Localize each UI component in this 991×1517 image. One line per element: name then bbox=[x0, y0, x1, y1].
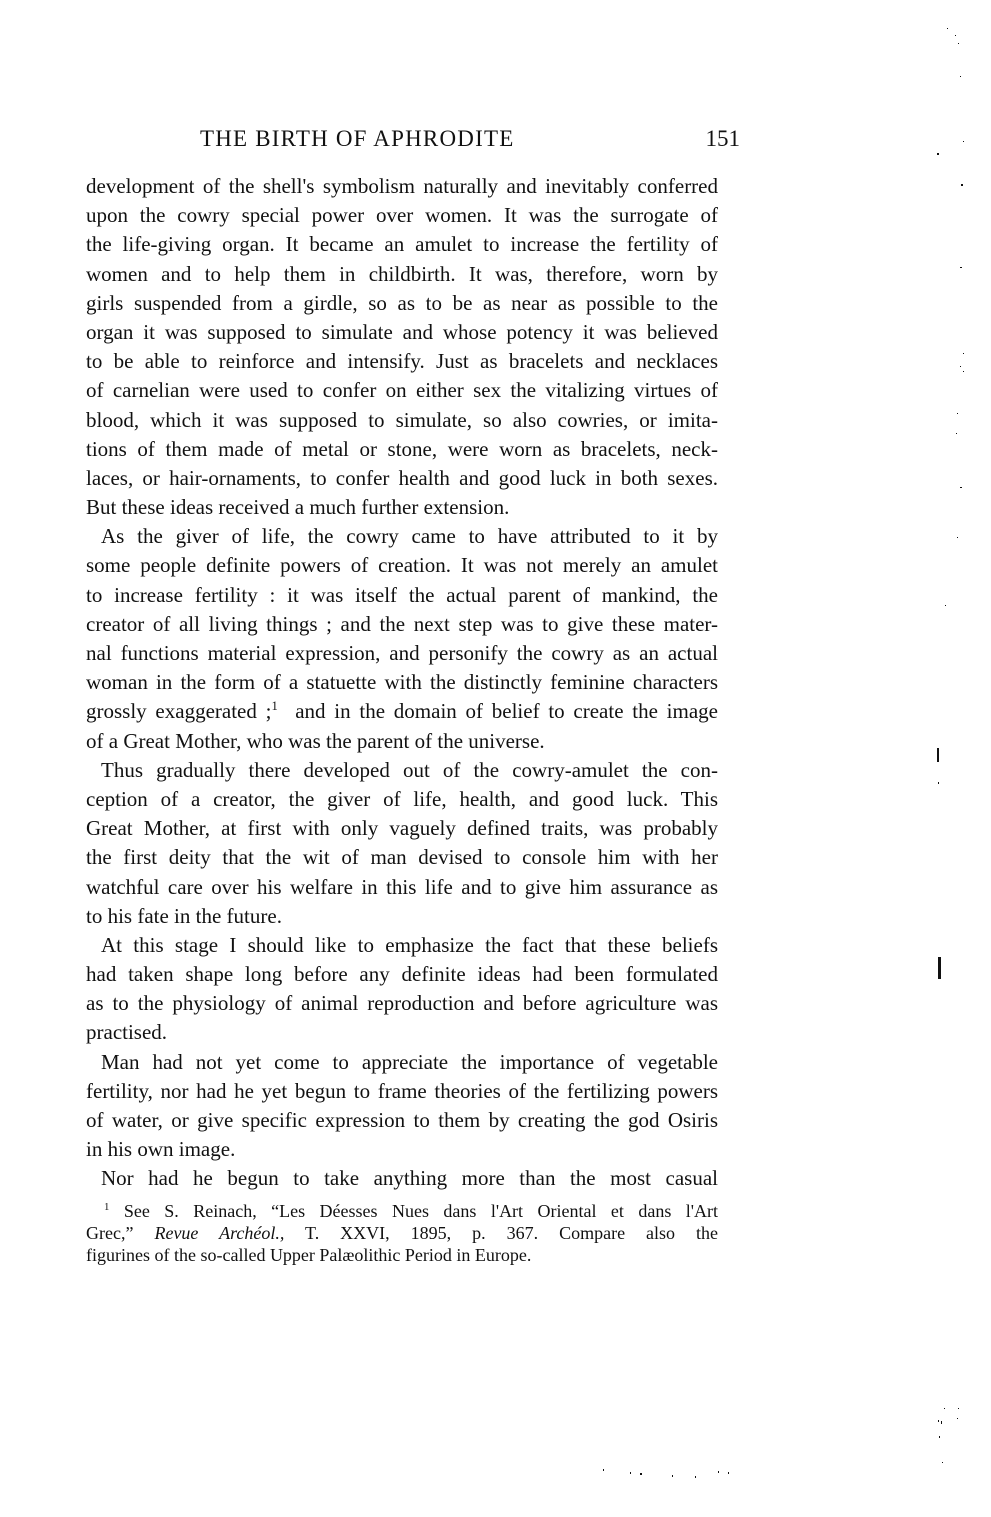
text-line: But these ideas received a much further … bbox=[86, 493, 718, 522]
text-line: blood, which it was supposed to simulate… bbox=[86, 406, 718, 435]
text-line: watchful care over his welfare in this l… bbox=[86, 873, 718, 902]
paragraph-start-line: At this stage I should like to emphasize… bbox=[86, 931, 718, 960]
scan-speck bbox=[944, 1408, 945, 1409]
scan-speck bbox=[960, 267, 962, 268]
scan-speck bbox=[937, 153, 939, 155]
text-line: some people definite powers of creation.… bbox=[86, 551, 718, 580]
running-title: THE BIRTH OF APHRODITE bbox=[200, 126, 514, 152]
scan-speck bbox=[672, 1475, 673, 1477]
scan-speck bbox=[957, 413, 958, 414]
text-line-with-footnote-ref: grossly exaggerated ;1 and in the domain… bbox=[86, 697, 718, 726]
text-line: in his own image. bbox=[86, 1135, 718, 1164]
text-line: organ it was supposed to simulate and wh… bbox=[86, 318, 718, 347]
text-line: women and to help them in childbirth. It… bbox=[86, 260, 718, 289]
scan-speck bbox=[960, 487, 962, 488]
text-line: to be able to reinforce and intensify. J… bbox=[86, 347, 718, 376]
footnote-text: T. XXVI, 1895, p. 367. Compare also the bbox=[305, 1223, 718, 1243]
footnote-text: Grec,” bbox=[86, 1223, 133, 1243]
scan-speck bbox=[957, 537, 958, 538]
text-line: of water, or give specific expression to… bbox=[86, 1106, 718, 1135]
scan-speck bbox=[956, 433, 957, 434]
text-line: upon the cowry special power over women.… bbox=[86, 201, 718, 230]
footnote-line: figurines of the so-called Upper Palæoli… bbox=[86, 1244, 718, 1266]
paragraph-start-line: Nor had he begun to take anything more t… bbox=[86, 1164, 718, 1193]
margin-mark bbox=[937, 748, 939, 762]
paragraph-start-line: Man had not yet come to appreciate the i… bbox=[86, 1048, 718, 1077]
scan-speck bbox=[957, 1418, 958, 1419]
scan-speck bbox=[718, 1471, 719, 1473]
scan-speck bbox=[695, 1476, 696, 1478]
journal-title: Revue Archéol., bbox=[154, 1223, 284, 1243]
line-text: grossly exaggerated ; bbox=[86, 699, 271, 723]
text-line: girls suspended from a girdle, so as to … bbox=[86, 289, 718, 318]
scan-speck bbox=[960, 366, 961, 367]
footnote: 1 See S. Reinach, “Les Déesses Nues dans… bbox=[86, 1200, 718, 1266]
paragraph-start-line: As the giver of life, the cowry came to … bbox=[86, 522, 718, 551]
scan-speck bbox=[958, 1408, 959, 1409]
scan-speck bbox=[938, 1420, 939, 1422]
scan-speck bbox=[960, 76, 961, 77]
scan-speck bbox=[942, 1462, 943, 1463]
scan-speck bbox=[630, 1472, 631, 1474]
text-line: woman in the form of a statuette with th… bbox=[86, 668, 718, 697]
text-line: nal functions material expression, and p… bbox=[86, 639, 718, 668]
page-number: 151 bbox=[706, 126, 741, 152]
text-line: to his fate in the future. bbox=[86, 902, 718, 931]
scan-speck bbox=[963, 371, 964, 372]
footnote-text: See S. Reinach, “Les Déesses Nues dans l… bbox=[124, 1201, 718, 1221]
text-line: fertility, nor had he yet begun to frame… bbox=[86, 1077, 718, 1106]
footnote-line: 1 See S. Reinach, “Les Déesses Nues dans… bbox=[86, 1200, 718, 1222]
margin-mark bbox=[938, 782, 939, 784]
scan-speck bbox=[958, 43, 959, 44]
text-line: tions of them made of metal or stone, we… bbox=[86, 435, 718, 464]
scan-speck bbox=[728, 1472, 729, 1474]
footnote-marker: 1 bbox=[104, 1201, 109, 1213]
book-page: THE BIRTH OF APHRODITE 151 development o… bbox=[0, 0, 991, 1517]
text-line: Great Mother, at first with only vaguely… bbox=[86, 814, 718, 843]
footnote-reference: 1 bbox=[271, 699, 277, 713]
scan-speck bbox=[955, 35, 956, 36]
margin-mark bbox=[938, 957, 941, 979]
body-text: development of the shell's symbolism nat… bbox=[86, 172, 718, 1194]
text-line: as to the physiology of animal reproduct… bbox=[86, 989, 718, 1018]
text-line: of carnelian were used to confer on eith… bbox=[86, 376, 718, 405]
text-line: ception of a creator, the giver of life,… bbox=[86, 785, 718, 814]
text-line: of a Great Mother, who was the parent of… bbox=[86, 727, 718, 756]
text-line: creator of all living things ; and the n… bbox=[86, 610, 718, 639]
text-line: to increase fertility : it was itself th… bbox=[86, 581, 718, 610]
scan-speck bbox=[945, 605, 946, 606]
scan-speck bbox=[947, 28, 948, 29]
scan-speck bbox=[640, 1473, 642, 1475]
scan-speck bbox=[963, 141, 964, 142]
line-continuation: and in the domain of belief to create th… bbox=[295, 699, 718, 723]
scan-speck bbox=[961, 184, 963, 186]
text-line: development of the shell's symbolism nat… bbox=[86, 172, 718, 201]
text-line: had taken shape long before any definite… bbox=[86, 960, 718, 989]
running-head: THE BIRTH OF APHRODITE 151 bbox=[200, 126, 740, 160]
text-line: the life-giving organ. It became an amul… bbox=[86, 230, 718, 259]
scan-speck bbox=[941, 1421, 942, 1424]
scan-speck bbox=[603, 1469, 604, 1471]
text-line: the first deity that the wit of man devi… bbox=[86, 843, 718, 872]
text-line: laces, or hair-ornaments, to confer heal… bbox=[86, 464, 718, 493]
scan-speck bbox=[939, 1436, 940, 1438]
scan-speck bbox=[963, 353, 964, 354]
paragraph-start-line: Thus gradually there developed out of th… bbox=[86, 756, 718, 785]
footnote-line: Grec,” Revue Archéol., T. XXVI, 1895, p.… bbox=[86, 1222, 718, 1244]
text-line: practised. bbox=[86, 1018, 718, 1047]
